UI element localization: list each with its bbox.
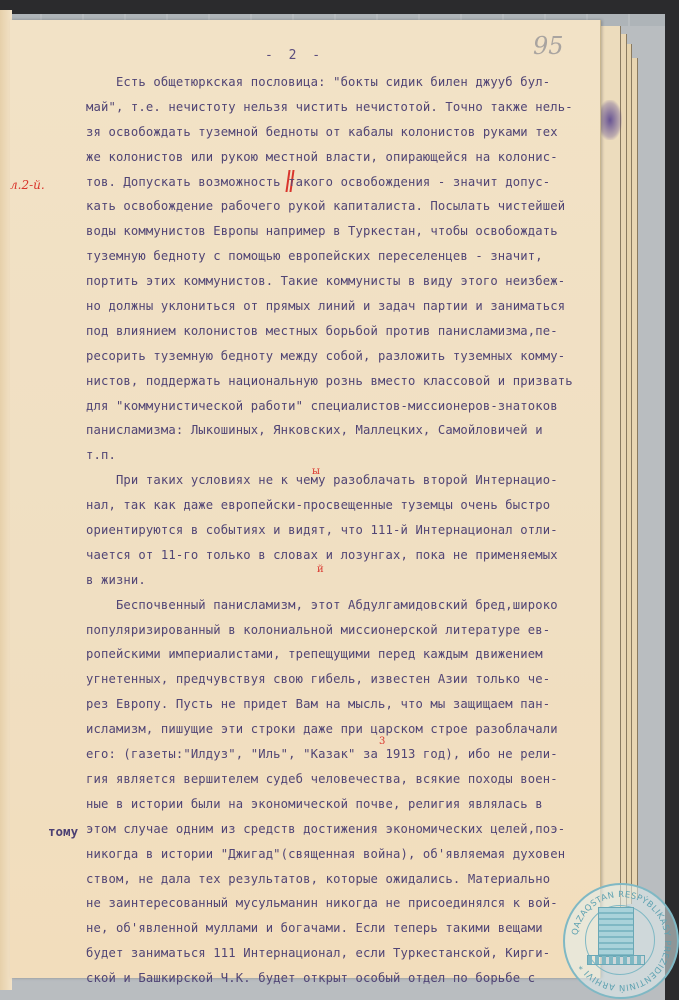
text-line: ные в истории были на экономической почв… (86, 792, 606, 817)
svg-text:QAZAQSTAN RESPÝBLIKASY PREZIDE: QAZAQSTAN RESPÝBLIKASY PREZIDENTINIŃ ARH… (570, 890, 672, 994)
text-line: не заинтересованный мусульманин никогда … (86, 891, 606, 916)
text-line: нал, так как даже европейски-просвещенны… (86, 493, 606, 518)
text-line: Есть общетюркская пословица: "бокты сиди… (86, 70, 606, 95)
text-line: чается от 11-го только в словах и лозунг… (86, 543, 606, 568)
text-line: ской и Башкирской Ч.К. будет открыт особ… (86, 966, 606, 991)
text-line: ством, не дала тех результатов, которые … (86, 867, 606, 892)
text-line: никогда в истории "Джигад"(священная вой… (86, 842, 606, 867)
text-line: угнетенных, предчувствуя свою гибель, из… (86, 667, 606, 692)
text-line: ориентируются в событиях и видят, что 11… (86, 518, 606, 543)
text-line: под влиянием колонистов местных борьбой … (86, 319, 606, 344)
text-line: гия является вершителем судеб человечест… (86, 767, 606, 792)
text-line: зя освобождать туземной бедноты от кабал… (86, 120, 606, 145)
archive-stamp: QAZAQSTAN RESPÝBLIKASY PREZIDENTINIŃ ARH… (563, 883, 679, 999)
text-line: портить этих коммунистов. Такие коммунис… (86, 269, 606, 294)
text-line: нистов, поддержать национальную рознь вм… (86, 369, 606, 394)
text-line: его: (газеты:"Илдуз", "Иль", "Казак" за … (86, 742, 606, 767)
text-line: популяризированный в колониальной миссио… (86, 618, 606, 643)
folio-number: 95 (533, 32, 564, 60)
text-line: май", т.е. нечистоту нельзя чистить нечи… (86, 95, 606, 120)
text-line: но должны уклониться от прямых линий и з… (86, 294, 606, 319)
text-line: исламизм, пишущие эти строки даже при ца… (86, 717, 606, 742)
text-line: воды коммунистов Европы например в Турке… (86, 219, 606, 244)
text-line: Беспочвенный панисламизм, этот Абдулгами… (86, 593, 606, 618)
text-line: т.п. (86, 443, 606, 468)
text-line: ресорить туземную бедноту между собой, р… (86, 344, 606, 369)
text-line: для "коммунистической работи" специалист… (86, 394, 606, 419)
page-number: - 2 - (265, 48, 324, 63)
typewritten-text: Есть общетюркская пословица: "бокты сиди… (86, 70, 606, 991)
text-line: в жизни. (86, 568, 606, 593)
text-line: рез Европу. Пусть не придет Вам на мысль… (86, 692, 606, 717)
text-line: же колонистов или рукою местной власти, … (86, 145, 606, 170)
text-line: туземную бедноту с помощью европейских п… (86, 244, 606, 269)
text-line: этом случае одним из средств достижения … (86, 817, 606, 842)
text-line: не, об'явленной муллами и богачами. Если… (86, 916, 606, 941)
text-line: панисламизма: Лыкошиных, Янковских, Малл… (86, 418, 606, 443)
text-line: При таких условиях не к чему разоблачать… (86, 468, 606, 493)
text-line: кать освобождение рабочего рукой капитал… (86, 194, 606, 219)
margin-word: тому (48, 824, 78, 839)
text-line: тов. Допускать возможность такого освобо… (86, 170, 606, 195)
text-line: будет заниматься 111 Интернационал, если… (86, 941, 606, 966)
stamp-text: QAZAQSTAN RESPÝBLIKASY PREZIDENTINIŃ ARH… (565, 885, 677, 997)
margin-note: л.2-й. (10, 178, 45, 192)
text-line: ропейскими империалистами, трепещущими п… (86, 642, 606, 667)
